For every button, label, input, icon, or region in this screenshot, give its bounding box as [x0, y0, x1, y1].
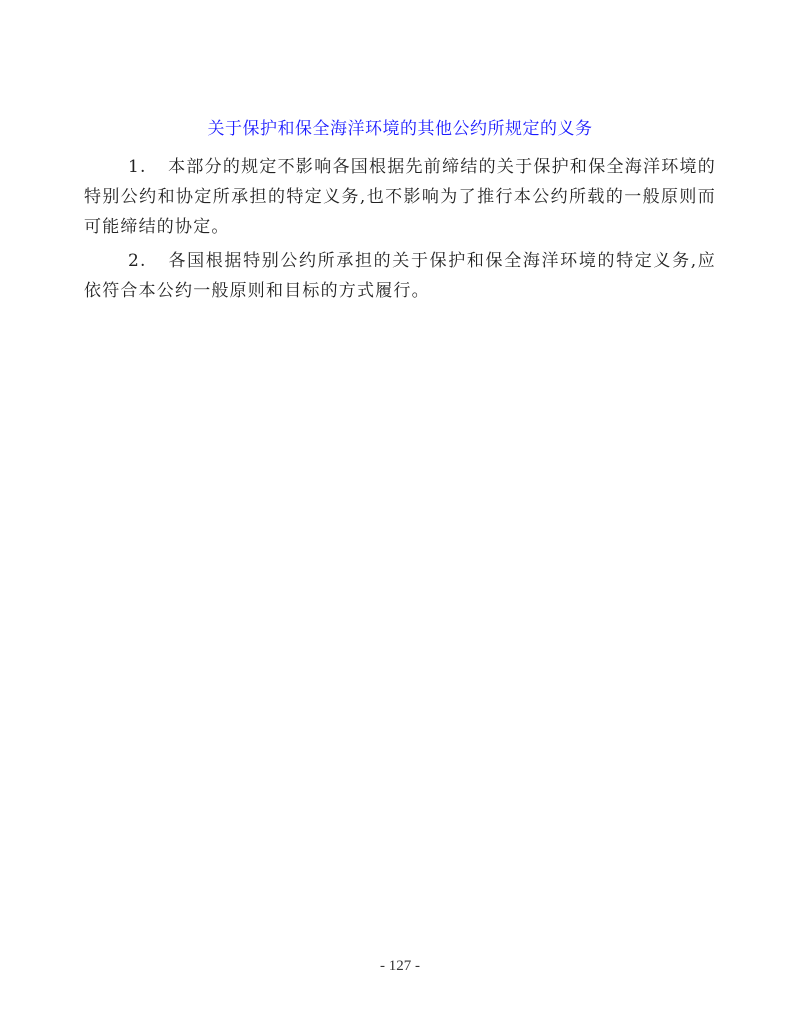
section-title: 关于保护和保全海洋环境的其他公约所规定的义务: [0, 114, 800, 139]
paragraph-number: 2.: [128, 246, 168, 276]
paragraph-2: 2.各国根据特别公约所承担的关于保护和保全海洋环境的特定义务,应依符合本公约一般…: [84, 246, 716, 306]
paragraph-1: 1.本部分的规定不影响各国根据先前缔结的关于保护和保全海洋环境的特别公约和协定所…: [84, 152, 716, 242]
paragraph-text: 各国根据特别公约所承担的关于保护和保全海洋环境的特定义务,应依符合本公约一般原则…: [84, 251, 716, 301]
paragraph-number: 1.: [128, 152, 168, 182]
paragraph-text: 本部分的规定不影响各国根据先前缔结的关于保护和保全海洋环境的特别公约和协定所承担…: [84, 157, 716, 237]
page-number: - 127 -: [0, 958, 800, 975]
